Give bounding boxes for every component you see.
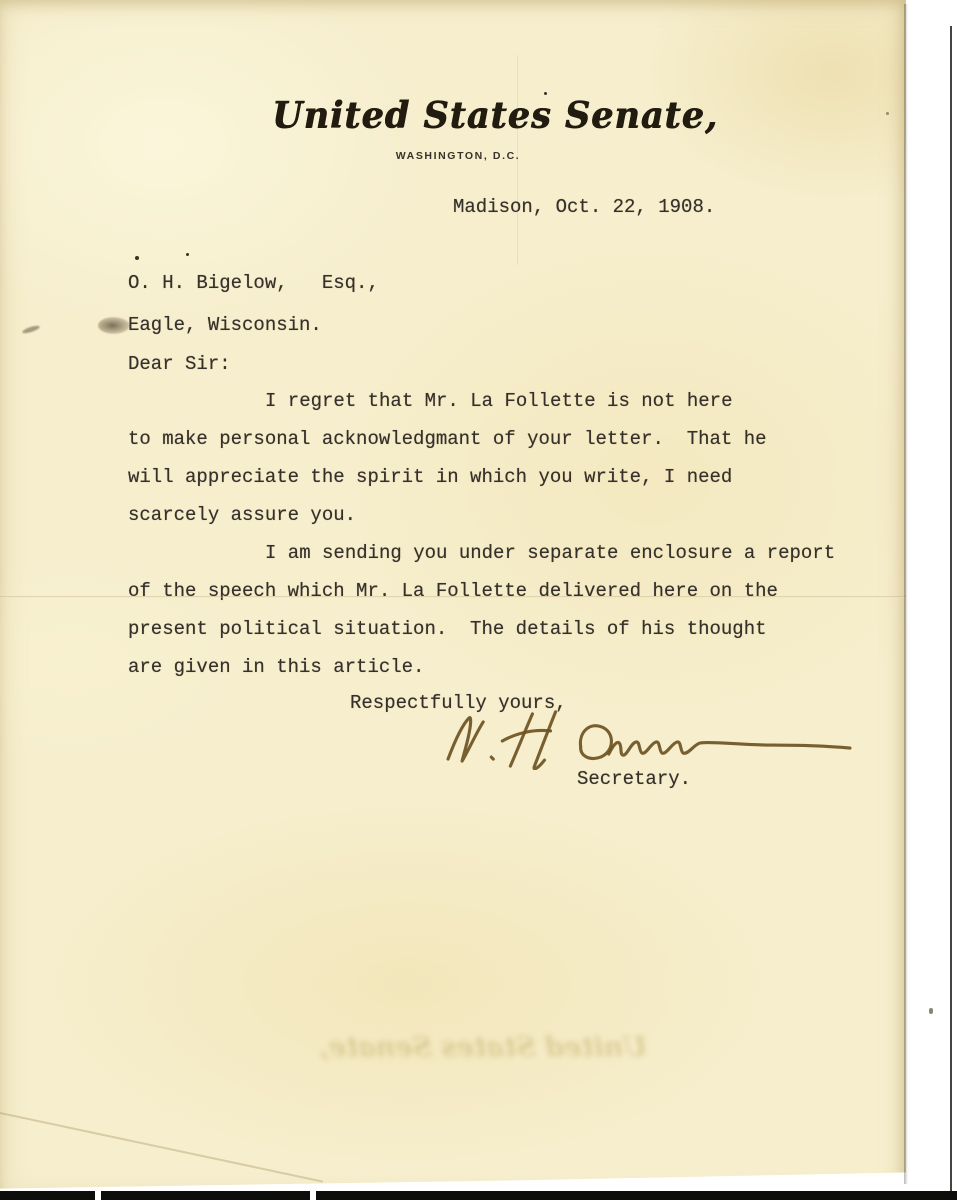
scan-edge-line <box>950 26 952 1200</box>
dateline: Madison, Oct. 22, 1908. <box>453 196 715 218</box>
body-line: I am sending you under separate enclosur… <box>265 542 835 564</box>
diagonal-corner-crease <box>0 1112 323 1183</box>
recipient-name-line: O. H. Bigelow, Esq., <box>128 272 379 294</box>
horizontal-fold-crease <box>0 596 906 598</box>
paper-sheet: United States Senate, WASHINGTON, D.C. M… <box>0 0 906 1200</box>
band-gap <box>310 1191 316 1200</box>
paper-edge-shadow <box>904 4 908 1184</box>
vertical-scan-crease <box>517 55 518 265</box>
body-line: I regret that Mr. La Follette is not her… <box>265 390 732 412</box>
band-gap <box>95 1191 101 1200</box>
letterhead-subtitle: WASHINGTON, D.C. <box>396 150 521 162</box>
body-line: are given in this article. <box>128 656 424 678</box>
paper-speck <box>700 400 702 402</box>
body-line: of the speech which Mr. La Follette deli… <box>128 580 778 602</box>
paper-speck <box>135 256 139 260</box>
scanned-letter-page: United States Senate, WASHINGTON, D.C. M… <box>0 0 957 1200</box>
ink-smudge-tail <box>22 324 41 334</box>
recipient-city-line: Eagle, Wisconsin. <box>128 314 322 336</box>
body-line: will appreciate the spirit in which you … <box>128 466 732 488</box>
paper-speck <box>544 92 547 95</box>
scan-bottom-band <box>0 1191 957 1200</box>
handwritten-signature <box>438 708 860 770</box>
margin-mark <box>929 1008 933 1014</box>
signature-title: Secretary. <box>577 768 691 790</box>
salutation: Dear Sir: <box>128 353 231 375</box>
body-line: scarcely assure you. <box>128 504 356 526</box>
paper-speck <box>886 112 889 115</box>
body-line: present political situation. The details… <box>128 618 767 640</box>
body-line: to make personal acknowledgmant of your … <box>128 428 767 450</box>
letterhead-title: United States Senate, <box>272 94 718 137</box>
ink-smudge <box>98 317 130 334</box>
paper-speck <box>186 253 189 256</box>
bleed-through-text: United States Senate, <box>318 1032 648 1063</box>
